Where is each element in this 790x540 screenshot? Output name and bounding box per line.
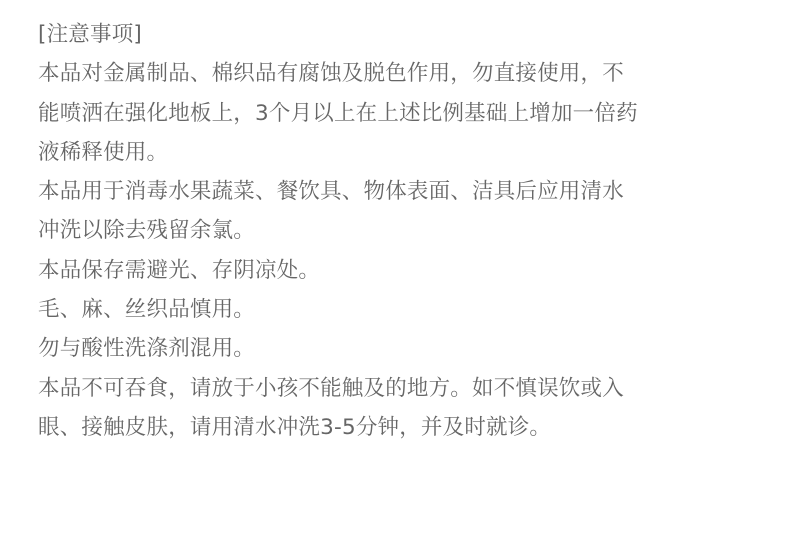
precaution-line: 本品保存需避光、存阴凉处。: [38, 251, 758, 290]
precaution-line: 本品对金属制品、棉织品有腐蚀及脱色作用，勿直接使用，不: [38, 54, 758, 93]
precaution-line: 本品用于消毒水果蔬菜、餐饮具、物体表面、洁具后应用清水: [38, 172, 758, 211]
precaution-line: 眼、接触皮肤，请用清水冲洗3-5分钟，并及时就诊。: [38, 408, 758, 447]
precaution-line: 本品不可吞食，请放于小孩不能触及的地方。如不慎误饮或入: [38, 369, 758, 408]
precaution-line: 液稀释使用。: [38, 133, 758, 172]
precaution-line: 毛、麻、丝织品慎用。: [38, 290, 758, 329]
precaution-line: 冲洗以除去残留余氯。: [38, 211, 758, 250]
precautions-section: [注意事项] 本品对金属制品、棉织品有腐蚀及脱色作用，勿直接使用，不 能喷洒在强…: [38, 15, 758, 447]
precaution-line: 能喷洒在强化地板上，3个月以上在上述比例基础上增加一倍药: [38, 94, 758, 133]
precaution-line: 勿与酸性洗涤剂混用。: [38, 329, 758, 368]
section-title: [注意事项]: [38, 15, 758, 54]
